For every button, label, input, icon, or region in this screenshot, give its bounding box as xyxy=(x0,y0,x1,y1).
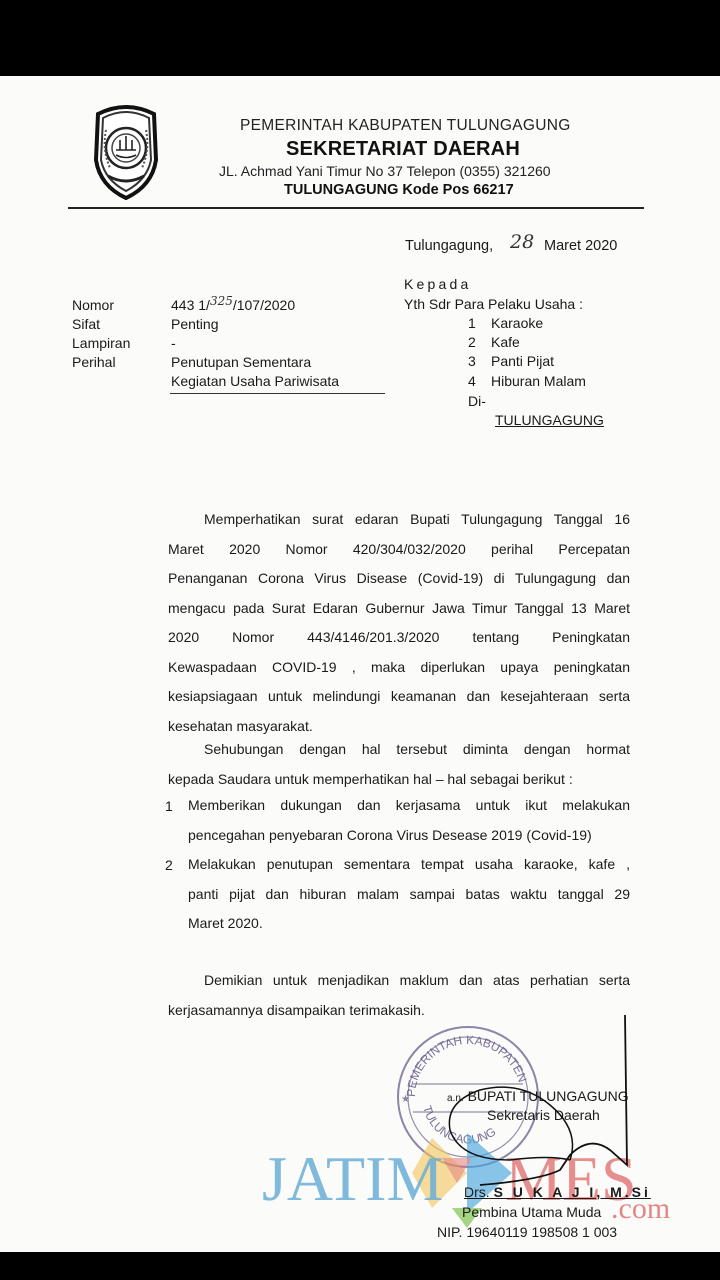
addressee-item-num: 1 xyxy=(468,315,476,331)
addressee-city: TULUNGAGUNG xyxy=(495,412,604,428)
list-number: 1 xyxy=(165,798,173,814)
perihal-underline xyxy=(170,393,385,394)
body-paragraph-2: Sehubungan dengan hal tersebut diminta d… xyxy=(168,735,630,794)
body-line: Sehubungan dengan hal tersebut diminta d… xyxy=(168,735,630,765)
nomor-handwritten: 325 xyxy=(210,294,233,308)
addressee-item: Panti Pijat xyxy=(491,353,554,369)
body-line: Memperhatikan surat edaran Bupati Tulung… xyxy=(168,505,630,535)
body-line: 2020 Nomor 443/4146/201.3/2020 tentang P… xyxy=(168,623,630,653)
list-number: 2 xyxy=(165,857,173,873)
addressee-item: Kafe xyxy=(491,334,520,350)
signatory-nip: NIP. 19640119 198508 1 003 xyxy=(437,1224,617,1240)
meta-label-lampiran: Lampiran xyxy=(72,335,130,351)
addressee-di: Di- xyxy=(468,393,486,409)
list-line: pencegahan penyebaran Corona Virus Desea… xyxy=(188,821,630,851)
meta-value-lampiran: - xyxy=(171,335,176,351)
list-line: Maret 2020. xyxy=(188,909,630,939)
addressee-item-num: 3 xyxy=(468,353,476,369)
letterhead-divider xyxy=(68,207,644,209)
watermark-jatim: JATIM xyxy=(262,1142,443,1216)
meta-value-perihal: Penutupan Sementara xyxy=(171,354,311,370)
addressee-item-num: 4 xyxy=(468,373,476,389)
nomor-prefix: 443 1/ xyxy=(171,297,210,313)
meta-value-nomor: 443 1/325/107/2020 xyxy=(171,297,295,313)
body-line: mengacu pada Surat Edaran Gubernur Jawa … xyxy=(168,594,630,624)
signatory-full-name: S U K A J I, M.Si xyxy=(494,1184,651,1200)
date-place: Tulungagung, xyxy=(405,238,493,254)
letterhead-address: JL. Achmad Yani Timur No 37 Telepon (035… xyxy=(219,163,551,179)
nomor-suffix: /107/2020 xyxy=(233,297,295,313)
list-item-1: Memberikan dukungan dan kerjasama untuk … xyxy=(188,791,630,850)
meta-label-nomor: Nomor xyxy=(72,297,114,313)
body-paragraph-1: Memperhatikan surat edaran Bupati Tulung… xyxy=(168,505,630,741)
letterhead-office: SEKRETARIAT DAERAH xyxy=(286,138,520,161)
list-line: panti pijat dan hiburan malam sampai bat… xyxy=(188,880,630,910)
meta-value-sifat: Penting xyxy=(171,316,218,332)
addressee-kepada: Kepada xyxy=(404,276,471,292)
meta-label-sifat: Sifat xyxy=(72,316,100,332)
body-line: Kewaspadaan COVID-19 , maka diperlukan u… xyxy=(168,653,630,683)
body-line: Demikian untuk menjadikan maklum dan ata… xyxy=(168,966,630,996)
meta-value-perihal-2: Kegiatan Usaha Pariwisata xyxy=(171,373,339,389)
signatory-title: Drs. xyxy=(464,1184,490,1200)
body-line: kepada Saudara untuk memperhatikan hal –… xyxy=(168,765,630,795)
addressee-yth: Yth Sdr Para Pelaku Usaha : xyxy=(404,296,583,312)
handwritten-signature-icon xyxy=(420,1010,650,1200)
addressee-item-num: 2 xyxy=(468,334,476,350)
signatory-rank: Pembina Utama Muda xyxy=(462,1204,601,1220)
letterhead-postal: TULUNGAGUNG Kode Pos 66217 xyxy=(284,182,514,198)
addressee-item: Hiburan Malam xyxy=(491,373,586,389)
body-line: kesiapsiagaan untuk melindungi keamanan … xyxy=(168,682,630,712)
svg-text:★: ★ xyxy=(401,1094,410,1105)
letterhead-government: PEMERINTAH KABUPATEN TULUNGAGUNG xyxy=(240,117,571,135)
meta-label-perihal: Perihal xyxy=(72,354,116,370)
body-line: Penanganan Corona Virus Disease (Covid-1… xyxy=(168,564,630,594)
signatory-name: Drs. S U K A J I, M.Si xyxy=(464,1184,651,1200)
list-item-2: Melakukan penutupan sementara tempat usa… xyxy=(188,850,630,939)
list-line: Melakukan penutupan sementara tempat usa… xyxy=(188,850,630,880)
regency-crest-icon xyxy=(90,100,162,200)
date-month-year: Maret 2020 xyxy=(544,238,617,254)
date-day-handwritten: 28 xyxy=(510,231,534,253)
addressee-item: Karaoke xyxy=(491,315,543,331)
list-line: Memberikan dukungan dan kerjasama untuk … xyxy=(188,791,630,821)
body-line: Maret 2020 Nomor 420/304/032/2020 periha… xyxy=(168,535,630,565)
